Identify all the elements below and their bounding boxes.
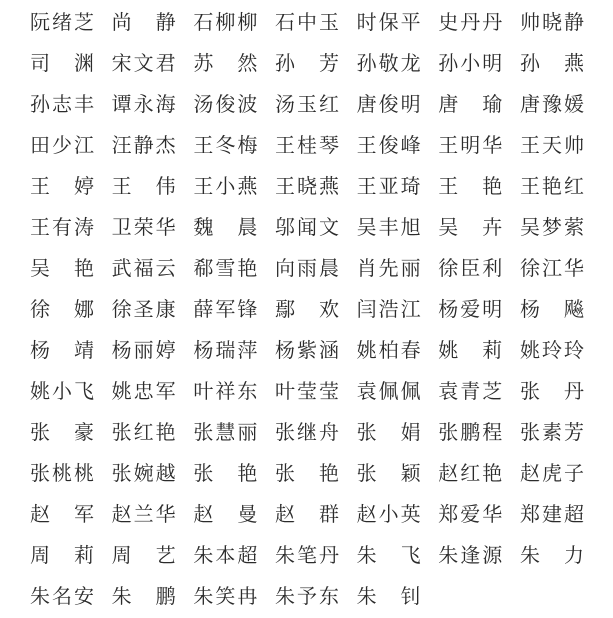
name-char: 江 (542, 259, 562, 279)
name-char: 锋 (237, 300, 257, 320)
name-char: 伟 (156, 177, 176, 197)
name-char: 赵 (275, 505, 295, 525)
name-char: 柏 (379, 341, 399, 361)
name-char: 汤 (193, 95, 213, 115)
name-char: 云 (156, 259, 176, 279)
name-cell: 薛军锋 (193, 289, 257, 330)
name-char: 姚 (357, 341, 377, 361)
name-char: 源 (482, 546, 502, 566)
name-char: 紫 (297, 341, 317, 361)
name-char: 王 (275, 136, 295, 156)
name-char: 文 (319, 218, 339, 238)
name-char: 王 (438, 177, 458, 197)
name-char: 赵 (357, 505, 377, 525)
name-char: 赵 (438, 464, 458, 484)
name-cell: 鄢欢 (275, 289, 339, 330)
name-char: 军 (156, 382, 176, 402)
name-cell: 杨飚 (520, 289, 584, 330)
name-char: 周 (112, 546, 132, 566)
name-char: 张 (30, 464, 50, 484)
name-char: 华 (482, 136, 502, 156)
name-char: 亚 (379, 177, 399, 197)
name-char: 张 (520, 382, 540, 402)
name-char: 朱 (193, 546, 213, 566)
name-char: 闫 (357, 300, 377, 320)
name-char: 江 (401, 300, 421, 320)
name-char: 肖 (357, 259, 377, 279)
name-cell: 汤玉红 (275, 84, 339, 125)
name-char: 海 (156, 95, 176, 115)
name-char: 涛 (74, 218, 94, 238)
name-char: 王 (520, 136, 540, 156)
name-char: 姚 (520, 341, 540, 361)
name-char: 祥 (215, 382, 235, 402)
name-char: 杨 (520, 300, 540, 320)
name-cell: 朱逢源 (438, 535, 502, 576)
name-char: 汤 (275, 95, 295, 115)
name-char: 晨 (319, 259, 339, 279)
name-char: 宋 (112, 54, 132, 74)
name-char: 苏 (193, 54, 213, 74)
name-char: 叶 (193, 382, 213, 402)
name-char: 孙 (438, 54, 458, 74)
name-char: 明 (401, 95, 421, 115)
name-char: 忠 (134, 382, 154, 402)
name-cell: 赵群 (275, 494, 339, 535)
name-char: 王 (520, 177, 540, 197)
name-char: 春 (401, 341, 421, 361)
name-char: 越 (156, 464, 176, 484)
name-cell: 石中玉 (275, 2, 339, 43)
name-cell: 姚小飞 (30, 371, 94, 412)
name-cell: 唐俊明 (357, 84, 421, 125)
name-char: 孙 (275, 54, 295, 74)
name-char: 丹 (564, 382, 584, 402)
name-char: 艳 (319, 464, 339, 484)
name-char: 向 (275, 259, 295, 279)
name-cell: 张素芳 (520, 412, 584, 453)
name-char: 袁 (438, 382, 458, 402)
name-char: 渊 (74, 54, 94, 74)
name-cell: 魏晨 (193, 207, 257, 248)
name-char: 张 (275, 464, 295, 484)
name-char: 笔 (297, 546, 317, 566)
name-char: 王 (30, 177, 50, 197)
name-char: 汪 (112, 136, 132, 156)
name-cell: 唐瑜 (438, 84, 502, 125)
name-char: 魏 (193, 218, 213, 238)
name-char: 杰 (156, 136, 176, 156)
name-cell: 史丹丹 (438, 2, 502, 43)
name-cell: 谭永海 (112, 84, 176, 125)
name-char: 安 (74, 587, 94, 607)
name-char: 艳 (482, 464, 502, 484)
name-char: 小 (379, 505, 399, 525)
name-cell: 叶莹莹 (275, 371, 339, 412)
name-char: 赵 (520, 464, 540, 484)
name-char: 小 (215, 177, 235, 197)
name-char: 朱 (357, 546, 377, 566)
name-char: 军 (74, 505, 94, 525)
name-cell: 张艳 (193, 453, 257, 494)
name-cell: 朱笑冉 (193, 576, 257, 617)
name-char: 朱 (112, 587, 132, 607)
name-char: 圣 (134, 300, 154, 320)
name-cell: 帅晓静 (520, 2, 584, 43)
name-char: 杨 (438, 300, 458, 320)
name-cell: 朱鹏 (112, 576, 176, 617)
name-char: 杨 (193, 341, 213, 361)
name-char: 晓 (297, 177, 317, 197)
name-cell: 赵曼 (193, 494, 257, 535)
name-cell: 王明华 (438, 125, 502, 166)
name-char: 王 (275, 177, 295, 197)
name-char: 华 (156, 505, 176, 525)
name-cell: 唐豫媛 (520, 84, 584, 125)
name-char: 雪 (215, 259, 235, 279)
name-char: 华 (156, 218, 176, 238)
name-char: 志 (52, 95, 72, 115)
name-char: 龙 (401, 54, 421, 74)
name-char: 闻 (297, 218, 317, 238)
name-char: 婷 (156, 341, 176, 361)
name-char: 张 (193, 423, 213, 443)
name-char: 卫 (112, 218, 132, 238)
name-cell: 袁佩佩 (357, 371, 421, 412)
name-cell: 杨瑞萍 (193, 330, 257, 371)
name-char: 田 (30, 136, 50, 156)
name-char: 王 (438, 136, 458, 156)
name-char: 明 (482, 54, 502, 74)
name-cell: 郑建超 (520, 494, 584, 535)
name-char: 张 (357, 464, 377, 484)
name-char: 瑞 (215, 341, 235, 361)
name-char: 中 (297, 13, 317, 33)
name-char: 萦 (564, 218, 584, 238)
name-cell: 姚忠军 (112, 371, 176, 412)
name-char: 小 (52, 382, 72, 402)
name-char: 冉 (237, 587, 257, 607)
name-cell: 王艳 (438, 166, 502, 207)
name-char: 莉 (74, 546, 94, 566)
name-char: 郑 (438, 505, 458, 525)
name-cell: 张颖 (357, 453, 421, 494)
name-char: 张 (357, 423, 377, 443)
name-char: 丰 (379, 218, 399, 238)
name-char: 平 (401, 13, 421, 33)
name-char: 石 (275, 13, 295, 33)
name-cell: 王晓燕 (275, 166, 339, 207)
name-char: 钊 (401, 587, 421, 607)
name-char: 红 (460, 464, 480, 484)
name-char: 军 (215, 300, 235, 320)
name-char: 吴 (30, 259, 50, 279)
name-char: 燕 (237, 177, 257, 197)
name-char: 唐 (438, 95, 458, 115)
name-char: 名 (52, 587, 72, 607)
name-cell: 朱笔丹 (275, 535, 339, 576)
name-cell: 孙芳 (275, 43, 339, 84)
name-cell: 苏然 (193, 43, 257, 84)
name-char: 涵 (319, 341, 339, 361)
name-char: 莹 (297, 382, 317, 402)
name-cell: 王天帅 (520, 125, 584, 166)
name-cell: 徐臣利 (438, 248, 502, 289)
name-cell: 朱予东 (275, 576, 339, 617)
name-char: 笑 (215, 587, 235, 607)
name-cell: 孙小明 (438, 43, 502, 84)
name-char: 赵 (112, 505, 132, 525)
name-cell: 吴梦萦 (520, 207, 584, 248)
name-char: 张 (193, 464, 213, 484)
name-char: 群 (319, 505, 339, 525)
name-char: 飞 (401, 546, 421, 566)
name-char: 艳 (237, 259, 257, 279)
name-char: 桃 (52, 464, 72, 484)
name-char: 兰 (134, 505, 154, 525)
name-char: 婷 (74, 177, 94, 197)
name-char: 玲 (542, 341, 562, 361)
name-char: 青 (460, 382, 480, 402)
name-char: 艳 (237, 464, 257, 484)
name-char: 薛 (193, 300, 213, 320)
name-cell: 徐圣康 (112, 289, 176, 330)
name-char: 燕 (319, 177, 339, 197)
name-char: 丰 (74, 95, 94, 115)
name-cell: 孙志丰 (30, 84, 94, 125)
name-char: 小 (460, 54, 480, 74)
name-char: 绪 (52, 13, 72, 33)
name-char: 张 (30, 423, 50, 443)
name-char: 旭 (401, 218, 421, 238)
name-cell: 朱本超 (193, 535, 257, 576)
name-cell: 姚玲玲 (520, 330, 584, 371)
name-char: 子 (564, 464, 584, 484)
name-char: 本 (215, 546, 235, 566)
name-cell: 阮绪芝 (30, 2, 94, 43)
name-char: 王 (30, 218, 50, 238)
name-char: 丽 (401, 259, 421, 279)
name-cell: 张鹏程 (438, 412, 502, 453)
name-cell: 姚柏春 (357, 330, 421, 371)
name-cell: 赵军 (30, 494, 94, 535)
name-cell: 王桂琴 (275, 125, 339, 166)
name-char: 鹏 (460, 423, 480, 443)
name-char: 芝 (482, 382, 502, 402)
name-cell: 张继舟 (275, 412, 339, 453)
name-char: 红 (564, 177, 584, 197)
name-cell: 朱钊 (357, 576, 421, 617)
name-char: 史 (438, 13, 458, 33)
name-char: 司 (30, 54, 50, 74)
name-char: 娟 (401, 423, 421, 443)
name-char: 少 (52, 136, 72, 156)
name-char: 爱 (460, 300, 480, 320)
name-char: 吴 (357, 218, 377, 238)
name-char: 俊 (379, 136, 399, 156)
name-cell: 杨紫涵 (275, 330, 339, 371)
name-char: 豫 (542, 95, 562, 115)
name-cell: 杨爱明 (438, 289, 502, 330)
name-char: 英 (401, 505, 421, 525)
name-list: 阮绪芝尚静石柳柳石中玉时保平史丹丹帅晓静司渊宋文君苏然孙芳孙敬龙孙小明孙燕孙志丰… (0, 0, 613, 618)
name-char: 逢 (460, 546, 480, 566)
name-char: 时 (357, 13, 377, 33)
name-char: 朱 (520, 546, 540, 566)
name-char: 帅 (520, 13, 540, 33)
name-cell: 汤俊波 (193, 84, 257, 125)
name-char: 浩 (379, 300, 399, 320)
name-cell: 张婉越 (112, 453, 176, 494)
name-char: 欢 (319, 300, 339, 320)
name-char: 艳 (156, 423, 176, 443)
name-cell: 张丹 (520, 371, 584, 412)
name-char: 婉 (134, 464, 154, 484)
name-char: 超 (237, 546, 257, 566)
name-cell: 王伟 (112, 166, 176, 207)
name-char: 柳 (215, 13, 235, 33)
name-char: 徐 (30, 300, 50, 320)
name-char: 郑 (520, 505, 540, 525)
name-cell: 赵红艳 (438, 453, 502, 494)
name-char: 保 (379, 13, 399, 33)
name-char: 东 (319, 587, 339, 607)
name-char: 张 (275, 423, 295, 443)
name-cell: 张娟 (357, 412, 421, 453)
name-cell: 郑爱华 (438, 494, 502, 535)
name-char: 唐 (520, 95, 540, 115)
name-char: 东 (237, 382, 257, 402)
name-char: 波 (237, 95, 257, 115)
name-char: 红 (134, 423, 154, 443)
name-char: 吴 (520, 218, 540, 238)
name-cell: 朱名安 (30, 576, 94, 617)
name-cell: 吴艳 (30, 248, 94, 289)
name-char: 谭 (112, 95, 132, 115)
name-char: 华 (482, 505, 502, 525)
name-cell: 杨靖 (30, 330, 94, 371)
name-cell: 卫荣华 (112, 207, 176, 248)
name-cell: 肖先丽 (357, 248, 421, 289)
name-cell: 武福云 (112, 248, 176, 289)
name-char: 豪 (74, 423, 94, 443)
name-char: 朱 (193, 587, 213, 607)
name-char: 王 (112, 177, 132, 197)
name-cell: 尚静 (112, 2, 176, 43)
name-char: 唐 (357, 95, 377, 115)
name-char: 张 (438, 423, 458, 443)
name-cell: 王冬梅 (193, 125, 257, 166)
name-char: 孙 (357, 54, 377, 74)
name-char: 吴 (438, 218, 458, 238)
name-char: 卉 (482, 218, 502, 238)
name-cell: 赵小英 (357, 494, 421, 535)
name-char: 君 (156, 54, 176, 74)
name-cell: 周莉 (30, 535, 94, 576)
name-cell: 赵虎子 (520, 453, 584, 494)
name-cell: 汪静杰 (112, 125, 176, 166)
name-char: 芳 (564, 423, 584, 443)
name-char: 敬 (379, 54, 399, 74)
name-char: 玉 (319, 13, 339, 33)
name-char: 荣 (134, 218, 154, 238)
name-char: 建 (542, 505, 562, 525)
name-char: 静 (156, 13, 176, 33)
name-cell: 朱飞 (357, 535, 421, 576)
name-char: 玉 (297, 95, 317, 115)
name-char: 丹 (460, 13, 480, 33)
name-char: 飞 (74, 382, 94, 402)
name-char: 福 (134, 259, 154, 279)
name-char: 姚 (438, 341, 458, 361)
name-char: 媛 (564, 95, 584, 115)
name-char: 静 (134, 136, 154, 156)
name-char: 超 (564, 505, 584, 525)
name-char: 张 (112, 423, 132, 443)
name-char: 赵 (30, 505, 50, 525)
name-char: 丽 (237, 423, 257, 443)
name-cell: 吴丰旭 (357, 207, 421, 248)
name-cell: 张慧丽 (193, 412, 257, 453)
name-char: 鄢 (275, 300, 295, 320)
name-cell: 吴卉 (438, 207, 502, 248)
name-char: 红 (319, 95, 339, 115)
name-char: 丹 (482, 13, 502, 33)
name-char: 梦 (542, 218, 562, 238)
name-char: 艳 (542, 177, 562, 197)
name-char: 莹 (319, 382, 339, 402)
name-char: 姚 (112, 382, 132, 402)
name-char: 郗 (193, 259, 213, 279)
name-cell: 邬闻文 (275, 207, 339, 248)
name-cell: 周艺 (112, 535, 176, 576)
name-char: 瑜 (482, 95, 502, 115)
name-cell: 王有涛 (30, 207, 94, 248)
name-cell: 孙敬龙 (357, 43, 421, 84)
name-char: 梅 (237, 136, 257, 156)
name-char: 孙 (30, 95, 50, 115)
name-char: 晨 (237, 218, 257, 238)
name-char: 姚 (30, 382, 50, 402)
name-cell: 王艳红 (520, 166, 584, 207)
name-char: 莉 (482, 341, 502, 361)
name-char: 静 (564, 13, 584, 33)
name-char: 芝 (74, 13, 94, 33)
name-char: 予 (297, 587, 317, 607)
name-char: 武 (112, 259, 132, 279)
name-char: 继 (297, 423, 317, 443)
name-cell: 袁青芝 (438, 371, 502, 412)
name-char: 娜 (74, 300, 94, 320)
name-char: 臣 (460, 259, 480, 279)
name-cell: 闫浩江 (357, 289, 421, 330)
name-char: 帅 (564, 136, 584, 156)
name-char: 袁 (357, 382, 377, 402)
name-cell: 向雨晨 (275, 248, 339, 289)
name-char: 朱 (438, 546, 458, 566)
name-char: 俊 (379, 95, 399, 115)
name-char: 丽 (134, 341, 154, 361)
name-cell: 张桃桃 (30, 453, 94, 494)
name-char: 朱 (357, 587, 377, 607)
name-char: 周 (30, 546, 50, 566)
name-cell: 孙燕 (520, 43, 584, 84)
name-char: 杨 (112, 341, 132, 361)
name-cell: 杨丽婷 (112, 330, 176, 371)
name-char: 艳 (482, 177, 502, 197)
name-char: 石 (193, 13, 213, 33)
name-char: 王 (357, 136, 377, 156)
